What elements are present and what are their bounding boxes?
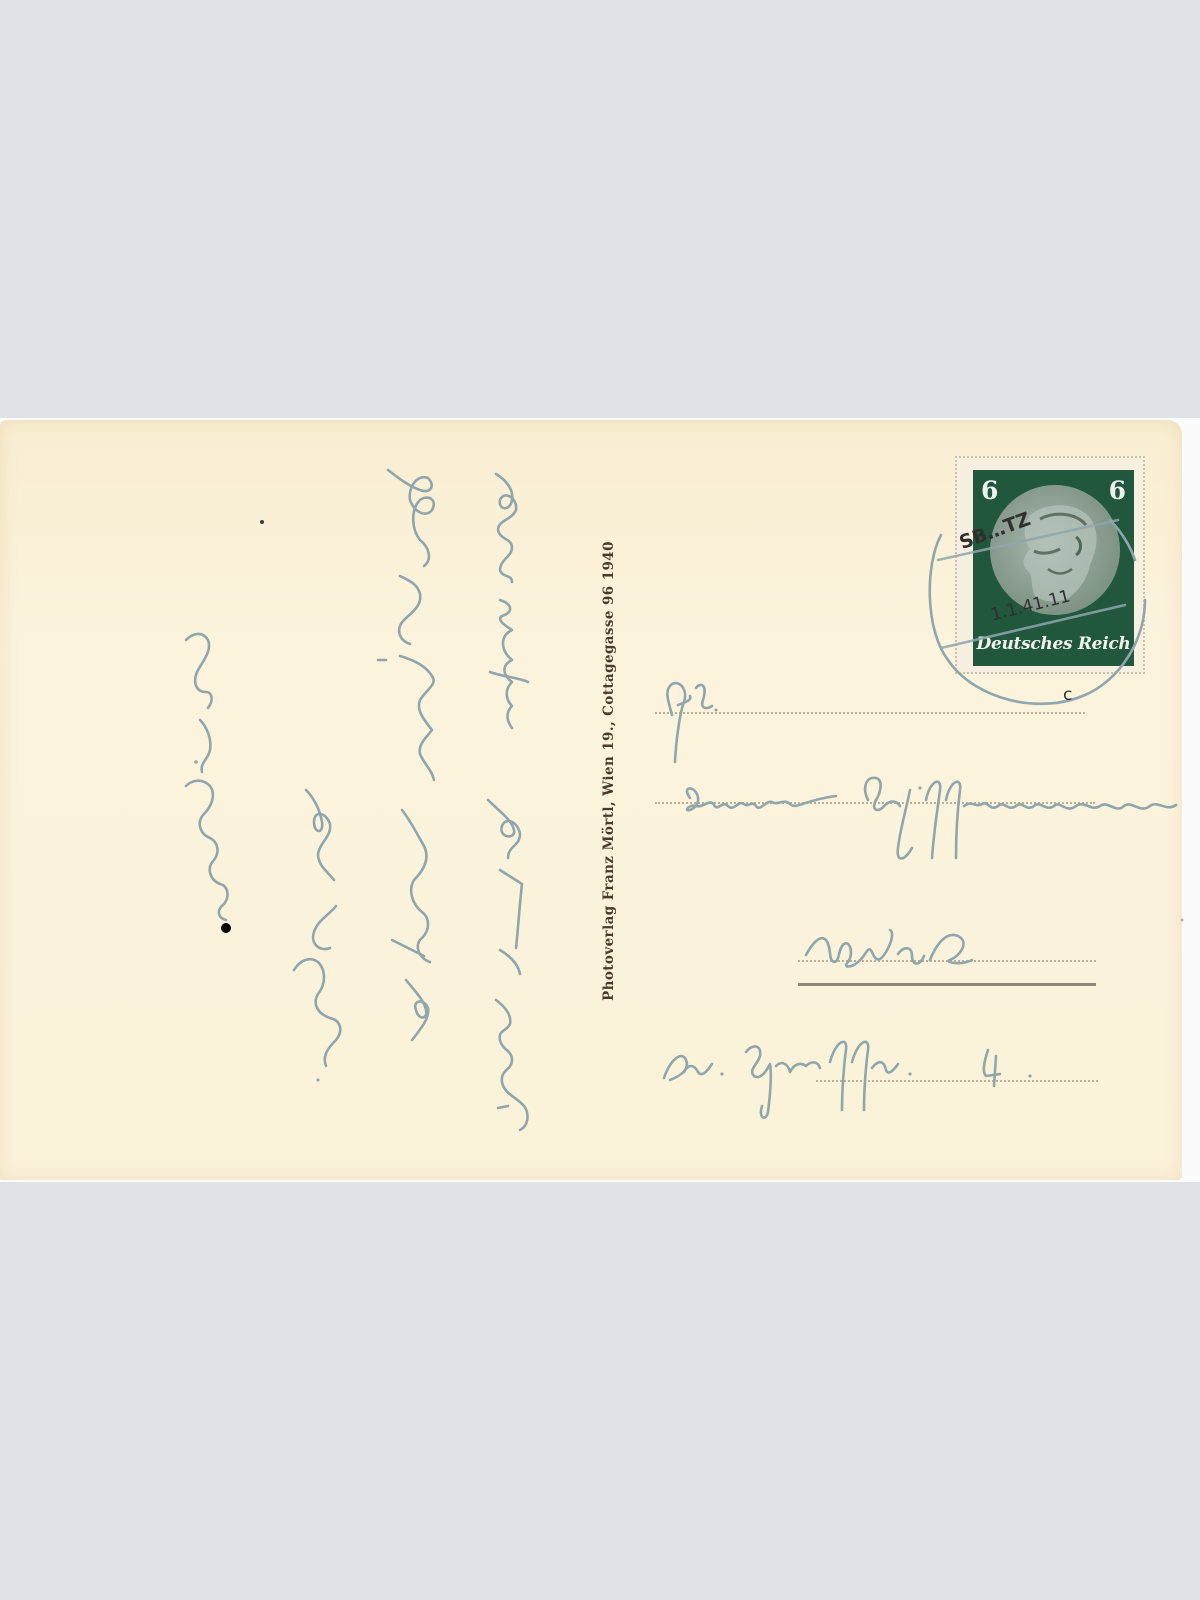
paper-specks [0, 0, 1200, 1600]
